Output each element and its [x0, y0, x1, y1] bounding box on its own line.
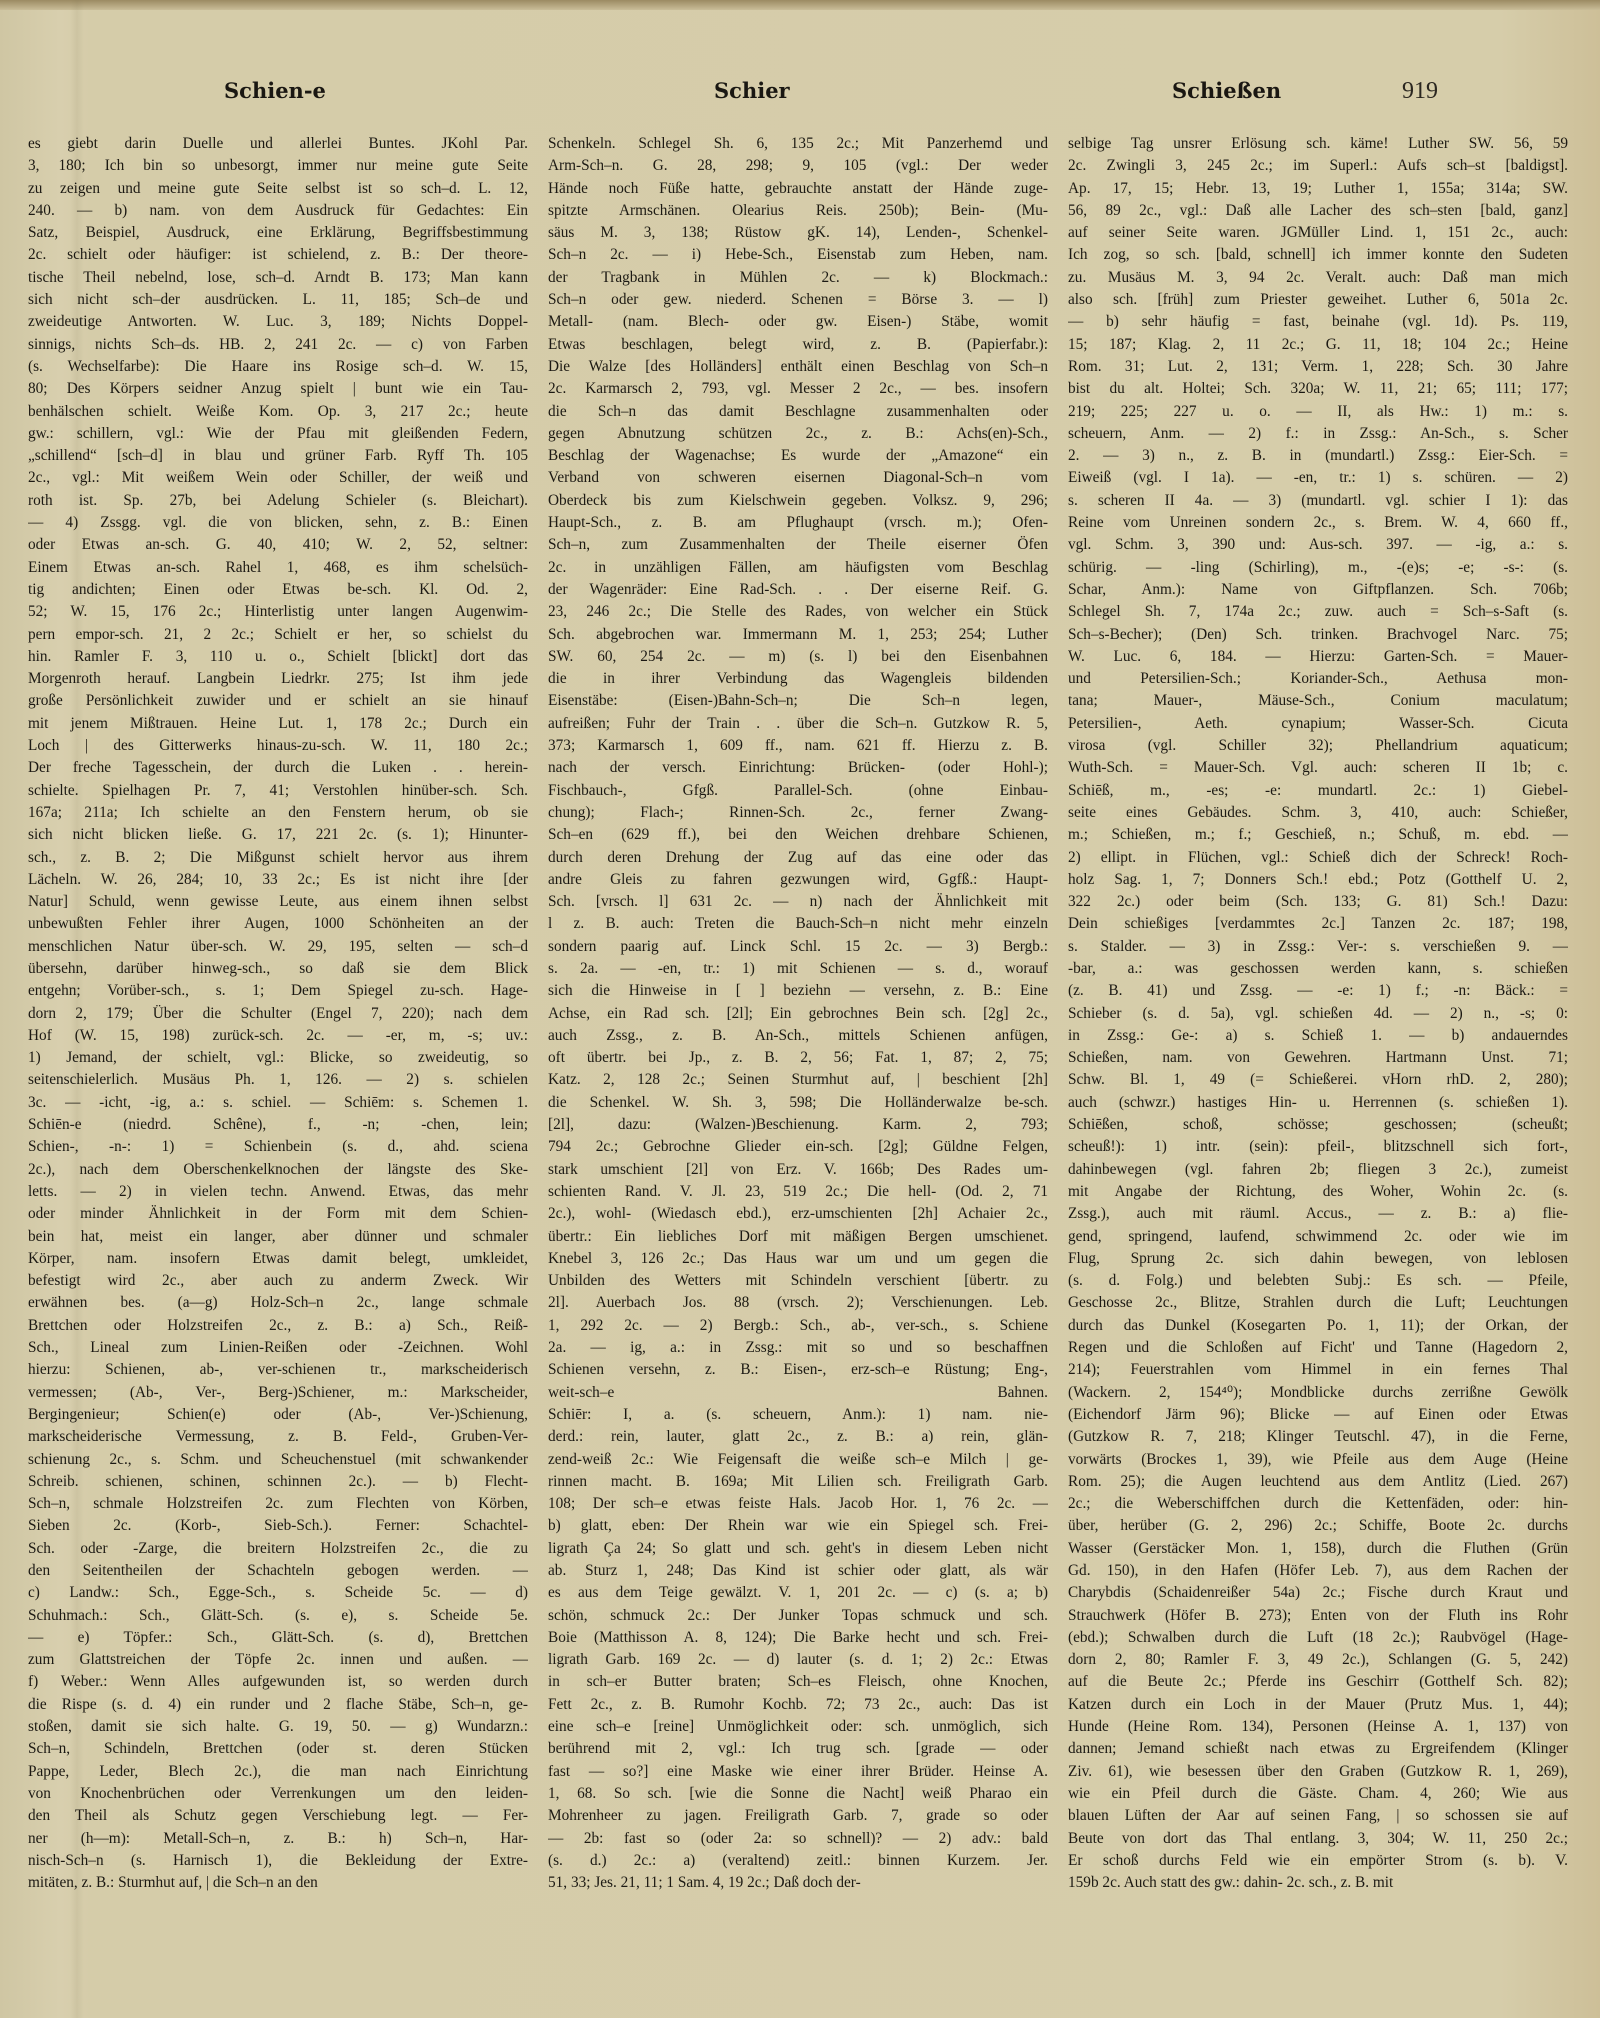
text-line: große Persönlichkeit zuwider und er schi… — [28, 690, 528, 712]
text-line: (s. d.) 2c.: a) (veraltend) zeitl.: binn… — [548, 1850, 1048, 1872]
text-line: virosa (vgl. Schiller 32); Phellandrium … — [1068, 735, 1568, 757]
text-line: eine sch–e [reine] Unmöglichkeit oder: s… — [548, 1716, 1048, 1738]
text-line: aufreißen; Fuhr der Train . . über die S… — [548, 713, 1048, 735]
text-line: — 4) Zssgg. vgl. die von blicken, sehn, … — [28, 512, 528, 534]
text-line: Schiēßen, schoß, schösse; geschossen; (s… — [1068, 1114, 1568, 1136]
text-line: 2c., vgl.: Mit weißem Wein oder Schiller… — [28, 467, 528, 489]
text-line: sich nicht blicken ließe. G. 17, 221 2c.… — [28, 824, 528, 846]
text-line: letts. — 2) in vielen techn. Anwend. Etw… — [28, 1181, 528, 1203]
page-number: 919 — [1402, 78, 1438, 105]
text-line: Schar, Anm.): Name von Giftpflanzen. Sch… — [1068, 579, 1568, 601]
text-line: Morgenroth herauf. Langbein Liedrkr. 275… — [28, 668, 528, 690]
text-line: ner (h—m): Metall-Sch–n, z. B.: h) Sch–n… — [28, 1828, 528, 1850]
text-line: Brettchen oder Holzstreifen 2c., z. B.: … — [28, 1315, 528, 1337]
text-line: Loch | des Gitterwerks hinaus-zu-sch. W.… — [28, 735, 528, 757]
text-line: Unbilden des Wetters mit Schindeln versc… — [548, 1270, 1048, 1292]
text-line: Sch. abgebrochen war. Immermann M. 1, 25… — [548, 624, 1048, 646]
text-column-right: selbige Tag unsrer Erlösung sch. käme! L… — [1068, 133, 1568, 1894]
text-line: 2a. — ig, a.: in Zssg.: mit so und so be… — [548, 1337, 1048, 1359]
text-line: 214); Feuerstrahlen vom Himmel in ein fe… — [1068, 1359, 1568, 1381]
text-line: s. scheren II 4a. — 3) (mundartl. vgl. s… — [1068, 490, 1568, 512]
text-line: Geschosse 2c., Blitze, Strahlen durch di… — [1068, 1292, 1568, 1314]
text-line: unbewußten Fehler ihrer Augen, 1000 Schö… — [28, 913, 528, 935]
text-line: [2l], dazu: (Walzen-)Beschienung. Karm. … — [548, 1114, 1048, 1136]
text-line: m.; Schießen, m.; f.; Geschieß, n.; Schu… — [1068, 824, 1568, 846]
text-line: Der freche Tagesschein, der durch die Lu… — [28, 757, 528, 779]
text-line: Sch–n 2c. — i) Hebe-Sch., Eisenstab zum … — [548, 244, 1048, 266]
text-line: Regen und die Schloßen auf Ficht' und Ta… — [1068, 1337, 1568, 1359]
text-line: zu zeigen und meine gute Seite selbst is… — [28, 178, 528, 200]
text-line: Reine vom Unreinen sondern 2c., s. Brem.… — [1068, 512, 1568, 534]
text-line: tana; Mauer-, Mäuse-Sch., Conium maculat… — [1068, 690, 1568, 712]
text-line: — e) Töpfer.: Sch., Glätt-Sch. (s. d), B… — [28, 1627, 528, 1649]
text-line: andre Gleis zu fahren gezwungen wird, Gg… — [548, 869, 1048, 891]
text-line: Körper, nam. insofern Etwas damit belegt… — [28, 1248, 528, 1270]
text-line: 2c. in unzähligen Fällen, am häufigsten … — [548, 557, 1048, 579]
text-line: befestigt wird 2c., aber auch zu anderm … — [28, 1270, 528, 1292]
text-line: Wasser (Gerstäcker Mon. 1, 158), durch d… — [1068, 1538, 1568, 1560]
text-line: die in ihrer Verbindung das Wagengleis b… — [548, 668, 1048, 690]
text-line: Haupt-Sch., z. B. am Pflughaupt (vrsch. … — [548, 512, 1048, 534]
text-line: Schiēn-e (niedrd. Schêne), f., -n; -chen… — [28, 1114, 528, 1136]
text-line: 240. — b) nam. von dem Ausdruck für Geda… — [28, 200, 528, 222]
text-line: hin. Ramler F. 3, 110 u. o., Schielt [bl… — [28, 646, 528, 668]
text-line: Gd. 150), in den Hafen (Höfer Leb. 7), a… — [1068, 1560, 1568, 1582]
text-line: 108; Der sch–e etwas feiste Hals. Jacob … — [548, 1493, 1048, 1515]
text-line: Fischbauch-, Gfgß. Parallel-Sch. (ohne E… — [548, 780, 1048, 802]
text-line: Rom. 25); die Augen leuchtend aus dem An… — [1068, 1471, 1568, 1493]
text-line: 2. — 3) n., z. B. in (mundartl.) Zssg.: … — [1068, 445, 1568, 467]
text-line: Schw. Bl. 1, 49 (= Schießerei. vHorn rhD… — [1068, 1069, 1568, 1091]
text-line: stark umschient [2l] von Erz. V. 166b; D… — [548, 1159, 1048, 1181]
text-line: 3c. — -icht, -ig, a.: s. schiel. — Schiē… — [28, 1092, 528, 1114]
text-line: — 2b: fast so (oder 2a: so schnell)? — 2… — [548, 1828, 1048, 1850]
text-line: Satz, Beispiel, Ausdruck, eine Erklärung… — [28, 222, 528, 244]
running-header: Schien-e Schier Schießen 919 — [0, 78, 1600, 108]
text-line: 2) ellipt. in Flüchen, vgl.: Schieß dich… — [1068, 847, 1568, 869]
text-line: Sch–n oder gew. niederd. Schenen = Börse… — [548, 289, 1048, 311]
text-line: 52; W. 15, 176 2c.; Hinterlistig unter l… — [28, 601, 528, 623]
text-line: scheuß!): 1) intr. (sein): pfeil-, blitz… — [1068, 1136, 1568, 1158]
text-line: derd.: rein, lauter, glatt 2c., z. B.: a… — [548, 1426, 1048, 1448]
text-line: Sch. oder -Zarge, die breitern Holzstrei… — [28, 1538, 528, 1560]
text-line: Sch–n, zum Zusammenhalten der Theile eis… — [548, 534, 1048, 556]
text-line: Er schoß durchs Feld wie ein empörter St… — [1068, 1850, 1568, 1872]
text-line: chung); Flach-; Rinnen-Sch. 2c., ferner … — [548, 802, 1048, 824]
text-line: „schillend“ [sch–d] in blau und grüner F… — [28, 445, 528, 467]
text-line: s. 2a. — -en, tr.: 1) mit Schienen — s. … — [548, 958, 1048, 980]
text-line: blauen Lüften der Aar auf seinen Fang, |… — [1068, 1805, 1568, 1827]
text-line: 794 2c.; Gebrochne Glieder ein-sch. [2g]… — [548, 1136, 1048, 1158]
text-line: 373; Karmarsch 1, 609 ff., nam. 621 ff. … — [548, 735, 1048, 757]
text-line: fast — so?] eine Maske wie einer ihrer B… — [548, 1761, 1048, 1783]
text-line: Schien-, -n-: 1) = Schienbein (s. d., ah… — [28, 1136, 528, 1158]
text-line: Ap. 17, 15; Hebr. 13, 19; Luther 1, 155a… — [1068, 178, 1568, 200]
text-line: rinnen macht. B. 169a; Mit Lilien sch. F… — [548, 1471, 1048, 1493]
text-line: gw.: schillern, vgl.: Wie der Pfau mit g… — [28, 423, 528, 445]
text-line: Etwas beschlagen, belegt wird, z. B. (Pa… — [548, 334, 1048, 356]
text-line: -bar, a.: was geschossen werden kann, s.… — [1068, 958, 1568, 980]
text-line: Ich zog, so sch. [bald, schnell] ich imm… — [1068, 244, 1568, 266]
text-line: vgl. Schm. 3, 390 und: Aus-sch. 397. — -… — [1068, 534, 1568, 556]
text-line: 2l]. Auerbach Jos. 88 (vrsch. 2); Versch… — [548, 1292, 1048, 1314]
text-line: (ebd.); Schwalben durch die Luft (18 2c.… — [1068, 1627, 1568, 1649]
text-line: Oberdeck bis zum Kielschwein gegeben. Vo… — [548, 490, 1048, 512]
text-line: 167a; 211a; Ich schielte an den Fenstern… — [28, 802, 528, 824]
text-line: holz Sag. 1, 7; Donners Sch.! ebd.; Potz… — [1068, 869, 1568, 891]
text-line: W. Luc. 6, 184. — Hierzu: Garten-Sch. = … — [1068, 646, 1568, 668]
left-guideword: Schien-e — [224, 78, 326, 103]
text-line: übersehn, darüber hinweg-sch., so daß si… — [28, 958, 528, 980]
text-line: pern empor-sch. 21, 2 2c.; Schielt er he… — [28, 624, 528, 646]
text-line: zum Glattstreichen der Töpfe 2c. innen u… — [28, 1649, 528, 1671]
text-line: auf seiner Seite waren. JGMüller Lind. 1… — [1068, 222, 1568, 244]
text-line: sich die Hinweise in [ ] beziehn — verse… — [548, 980, 1048, 1002]
text-line: schön, schmuck 2c.: Der Junker Topas sch… — [548, 1605, 1048, 1627]
text-line: scheuern, Anm. — 2) f.: in Zssg.: An-Sch… — [1068, 423, 1568, 445]
text-line: vorwärts (Brockes 1, 39), wie Pfeile aus… — [1068, 1449, 1568, 1471]
text-line: menschlichen Natur über-sch. W. 29, 195,… — [28, 936, 528, 958]
text-line: säus M. 3, 138; Rüstow gK. 14), Lenden-,… — [548, 222, 1048, 244]
text-line: mit jenem Mißtrauen. Heine Lut. 1, 178 2… — [28, 713, 528, 735]
text-line: 3, 180; Ich bin so unbesorgt, immer nur … — [28, 155, 528, 177]
text-line: Petersilien-, Aeth. cynapium; Wasser-Sch… — [1068, 713, 1568, 735]
text-line: schürig. — -ling (Schirling), m., -(e)s;… — [1068, 557, 1568, 579]
text-line: Sch–n, schmale Holzstreifen 2c. zum Flec… — [28, 1493, 528, 1515]
text-line: Schießen, nam. von Gewehren. Hartmann Un… — [1068, 1047, 1568, 1069]
text-line: Fett 2c., z. B. Rumohr Kochb. 72; 73 2c.… — [548, 1694, 1048, 1716]
text-line: es aus dem Teige gewälzt. V. 1, 201 2c. … — [548, 1582, 1048, 1604]
text-line: Schieber (s. d. 5a), vgl. schießen 4d. —… — [1068, 1003, 1568, 1025]
text-line: wie ein Pfeil durch die Gäste. Cham. 4, … — [1068, 1783, 1568, 1805]
text-line: es giebt darin Duelle und allerlei Bunte… — [28, 133, 528, 155]
text-line: Sieben 2c. (Korb-, Sieb-Sch.). Ferner: S… — [28, 1515, 528, 1537]
text-line: Achse, ein Rad sch. [2l]; Ein gebrochnes… — [548, 1003, 1048, 1025]
text-line: c) Landw.: Sch., Egge-Sch., s. Scheide 5… — [28, 1582, 528, 1604]
text-line: sich nicht sch–der ausdrücken. L. 11, 18… — [28, 289, 528, 311]
text-line: 159b 2c. Auch statt des gw.: dahin- 2c. … — [1068, 1872, 1568, 1894]
text-line: der Wagenräder: Eine Rad-Sch. . . Der ei… — [548, 579, 1048, 601]
text-line: dorn 2, 179; Über die Schulter (Engel 7,… — [28, 1003, 528, 1025]
text-line: nach der versch. Einrichtung: Brücken- (… — [548, 757, 1048, 779]
text-line: tig andichten; Einen oder Etwas be-sch. … — [28, 579, 528, 601]
text-line: Metall- (nam. Blech- oder gw. Eisen-) St… — [548, 311, 1048, 333]
text-line: Sch–s-Becher); (Den) Sch. trinken. Brach… — [1068, 624, 1568, 646]
text-line: zend-weiß 2c.: Wie Feigensaft die weiße … — [548, 1449, 1048, 1471]
text-line: oft übertr. bei Jp., z. B. 2, 56; Fat. 1… — [548, 1047, 1048, 1069]
text-line: Katz. 2, 128 2c.; Seinen Sturmhut auf, |… — [548, 1069, 1048, 1091]
text-line: von Knochenbrüchen oder Verrenkungen um … — [28, 1783, 528, 1805]
text-line: durch deren Drehung der Zug auf das eine… — [548, 847, 1048, 869]
text-line: 219; 225; 227 u. o. — II, als Hw.: 1) m.… — [1068, 401, 1568, 423]
text-line: Hof (W. 15, 198) zurück-sch. 2c. — -er, … — [28, 1025, 528, 1047]
text-line: Eisenstäbe: (Eisen-)Bahn-Sch–n; Die Sch–… — [548, 690, 1048, 712]
text-line: Hände noch Füße hatte, gebrauchte anstat… — [548, 178, 1048, 200]
text-line: Einem Etwas an-sch. Rahel 1, 468, es ihm… — [28, 557, 528, 579]
text-line: dorn 2, 80; Ramler F. 3, 49 2c.), Schlan… — [1068, 1649, 1568, 1671]
text-line: Sch., Lineal zum Linien-Reißen oder -Zei… — [28, 1337, 528, 1359]
text-line: schielte. Spielhagen Pr. 7, 41; Verstohl… — [28, 780, 528, 802]
text-line: in Zssg.: Ge-: a) s. Schieß 1. — b) anda… — [1068, 1025, 1568, 1047]
text-line: s. Stalder. — 3) in Zssg.: Ver-: s. vers… — [1068, 936, 1568, 958]
text-line: (Eichendorf Järm 96); Blicke — auf Einen… — [1068, 1404, 1568, 1426]
text-line: sinnigs, nichts Sch–ds. HB. 2, 241 2c. —… — [28, 334, 528, 356]
text-line: SW. 60, 254 2c. — m) (s. l) bei den Eise… — [548, 646, 1048, 668]
text-line: entgehn; Vorüber-sch., s. 1; Dem Spiegel… — [28, 980, 528, 1002]
text-line: den Seitentheilen der Schachteln gebogen… — [28, 1560, 528, 1582]
text-line: — b) sehr häufig = fast, beinahe (vgl. 1… — [1068, 311, 1568, 333]
text-line: Schienen versehn, z. B.: Eisen-, erz-sch… — [548, 1359, 1048, 1381]
text-line: hierzu: Schienen, ab-, ver-schienen tr.,… — [28, 1359, 528, 1381]
text-line: bist du alt. Holtei; Sch. 320a; W. 11, 2… — [1068, 378, 1568, 400]
text-line: spitzte Armschänen. Olearius Reis. 250b)… — [548, 200, 1048, 222]
text-line: (Wackern. 2, 154⁴⁰); Mondblicke durchs z… — [1068, 1382, 1568, 1404]
text-line: 322 2c.) oder beim (Sch. 133; G. 81) Sch… — [1068, 891, 1568, 913]
text-line: sondern paarig auf. Linck Schl. 15 2c. —… — [548, 936, 1048, 958]
text-line: (s. Wechselfarbe): Die Haare ins Rosige … — [28, 356, 528, 378]
text-line: Charybdis (Schaidenreißer 54a) 2c.; Fisc… — [1068, 1582, 1568, 1604]
text-line: Verband von schweren eisernen Diagonal-S… — [548, 467, 1048, 489]
text-line: in sch–er Butter braten; Sch–es Fleisch,… — [548, 1671, 1048, 1693]
text-line: 51, 33; Jes. 21, 11; 1 Sam. 4, 19 2c.; D… — [548, 1872, 1048, 1894]
text-line: Mohrenheer zu jagen. Freiligrath Garb. 7… — [548, 1805, 1048, 1827]
text-line: Schuhmach.: Sch., Glätt-Sch. (s. e), s. … — [28, 1605, 528, 1627]
text-line: sch., z. B. 2; Die Mißgunst schielt herv… — [28, 847, 528, 869]
text-line: erwähnen bes. (a—g) Holz-Sch–n 2c., lang… — [28, 1292, 528, 1314]
text-line: Katzen durch ein Loch in der Mauer (Prut… — [1068, 1694, 1568, 1716]
text-line: bein hat, meist ein langer, aber dünner … — [28, 1226, 528, 1248]
text-line: 2c. schielt oder häufiger: ist schielend… — [28, 244, 528, 266]
text-line: Knebel 3, 126 2c.; Das Haus war um und u… — [548, 1248, 1048, 1270]
text-line: seitenschielerlich. Musäus Ph. 1, 126. —… — [28, 1069, 528, 1091]
text-line: selbige Tag unsrer Erlösung sch. käme! L… — [1068, 133, 1568, 155]
text-line: Pappe, Leder, Blech 2c.), die man nach E… — [28, 1761, 528, 1783]
text-line: benhälschen schielt. Weiße Kom. Op. 3, 2… — [28, 401, 528, 423]
text-line: (Gutzkow R. 7, 218; Klinger Teutschl. 47… — [1068, 1426, 1568, 1448]
text-line: auf die Beute 2c.; Pferde ins Geschirr (… — [1068, 1671, 1568, 1693]
text-line: Sch. [vrsch. l] 631 2c. — n) nach der Äh… — [548, 891, 1048, 913]
text-line: Beschlag der Wagenachse; Es wurde der „A… — [548, 445, 1048, 467]
text-line: die Sch–n das damit Beschlagne zusammenh… — [548, 401, 1048, 423]
text-line: l z. B. auch: Treten die Bauch-Sch–n nic… — [548, 913, 1048, 935]
text-line: Beute von dort das Thal entlang. 3, 304;… — [1068, 1828, 1568, 1850]
text-line: markscheiderische Vermessung, z. B. Feld… — [28, 1426, 528, 1448]
text-line: Die Walze [des Holländers] enthält einen… — [548, 356, 1048, 378]
text-line: berührend mit 2, vgl.: Ich trug sch. [gr… — [548, 1738, 1048, 1760]
text-line: Sch–n, Schindeln, Brettchen (oder st. de… — [28, 1738, 528, 1760]
right-guideword: Schießen — [1172, 78, 1281, 103]
text-line: b) glatt, eben: Der Rhein war wie ein Sp… — [548, 1515, 1048, 1537]
text-line: Strauchwerk (Höfer B. 273); Enten von de… — [1068, 1605, 1568, 1627]
text-line: dannen; Jemand schießt nach etwas zu Erg… — [1068, 1738, 1568, 1760]
text-line: Wuth-Sch. = Mauer-Sch. Vgl. auch: schere… — [1068, 757, 1568, 779]
text-line: die Rispe (s. d. 4) ein runder und 2 fla… — [28, 1694, 528, 1716]
text-line: 23, 246 2c.; Die Stelle des Rades, von w… — [548, 601, 1048, 623]
text-line: schienung 2c., s. Schm. und Scheuchenstu… — [28, 1449, 528, 1471]
text-line: gegen Abnutzung schützen 2c., z. B.: Ach… — [548, 423, 1048, 445]
text-line: und Petersilien-Sch.; Koriander-Sch., Ae… — [1068, 668, 1568, 690]
text-line: Schreib. schienen, schinen, schinnen 2c.… — [28, 1471, 528, 1493]
text-line: nisch-Sch–n (s. Harnisch 1), die Bekleid… — [28, 1850, 528, 1872]
text-line: f) Weber.: Wenn Alles aufgewunden ist, s… — [28, 1671, 528, 1693]
text-line: Hunde (Heine Rom. 134), Personen (Heinse… — [1068, 1716, 1568, 1738]
text-line: Bergingenieur; Schien(e) oder (Ab-, Ver-… — [28, 1404, 528, 1426]
text-line: ligrath Ça 24; So glatt und sch. geht's … — [548, 1538, 1048, 1560]
text-line: 80; Des Körpers seidner Anzug spielt | b… — [28, 378, 528, 400]
text-line: mitäten, z. B.: Sturmhut auf, | die Sch–… — [28, 1872, 528, 1894]
text-line: die Schenkel. W. Sh. 3, 598; Die Holländ… — [548, 1092, 1048, 1114]
text-line: Schenkeln. Schlegel Sh. 6, 135 2c.; Mit … — [548, 133, 1048, 155]
text-line: 56, 89 2c., vgl.: Daß alle Lacher des sc… — [1068, 200, 1568, 222]
text-line: schienten Rand. V. Jl. 23, 519 2c.; Die … — [548, 1181, 1048, 1203]
text-line: roth ist. Sp. 27b, bei Adelung Schieler … — [28, 490, 528, 512]
text-line: Natur] Schuld, wenn gewisse Leute, aus e… — [28, 891, 528, 913]
scanned-page: Schien-e Schier Schießen 919 es giebt da… — [0, 0, 1600, 2018]
text-line: Rom. 31; Lut. 2, 131; Verm. 1, 228; Sch.… — [1068, 356, 1568, 378]
text-line: über, herüber (G. 2, 296) 2c.; Schiffe, … — [1068, 1515, 1568, 1537]
text-line: auch Zssg., z. B. An-Sch., mittels Schie… — [548, 1025, 1048, 1047]
text-column-left: es giebt darin Duelle und allerlei Bunte… — [28, 133, 528, 1894]
text-line: auch (schwzr.) hastiges Hin- u. Herrenne… — [1068, 1092, 1568, 1114]
text-line: mit Angabe der Richtung, des Woher, Wohi… — [1068, 1181, 1568, 1203]
text-line: seite eines Gebäudes. Schm. 3, 410, auch… — [1068, 802, 1568, 824]
text-line: übertr.: Ein liebliches Dorf mit mäßigen… — [548, 1226, 1048, 1248]
text-line: der Tragbank in Mühlen 2c. — k) Blockmac… — [548, 267, 1048, 289]
text-column-middle: Schenkeln. Schlegel Sh. 6, 135 2c.; Mit … — [548, 133, 1048, 1894]
text-line: also sch. [früh] zum Priester geweihet. … — [1068, 289, 1568, 311]
text-line: vermessen; (Ab-, Ver-, Berg-)Schiener, m… — [28, 1382, 528, 1404]
text-line: Flug, Sprung 2c. sich dahin bewegen, von… — [1068, 1248, 1568, 1270]
text-line: (z. B. 41) und Zssg. — -e: 1) f.; -n: Bä… — [1068, 980, 1568, 1002]
text-line: weit-sch–e Bahnen. — [548, 1382, 1048, 1404]
text-line: Schiēß, m., -es; -e: mundartl. 2c.: 1) G… — [1068, 780, 1568, 802]
text-line: zu. Musäus M. 3, 94 2c. Veralt. auch: Da… — [1068, 267, 1568, 289]
page-top-edge — [0, 0, 1600, 10]
text-line: Lächeln. W. 26, 284; 10, 33 2c.; Es ist … — [28, 869, 528, 891]
center-guideword: Schier — [714, 78, 790, 103]
text-line: Eiweiß (vgl. I 1a). — -en, tr.: 1) s. sc… — [1068, 467, 1568, 489]
text-line: 2c.), wohl- (Wiedasch ebd.), erz-umschie… — [548, 1203, 1048, 1225]
text-line: oder minder Ähnlichkeit in der Form mit … — [28, 1203, 528, 1225]
text-line: ab. Sturz 1, 248; Das Kind ist schier od… — [548, 1560, 1048, 1582]
text-line: Dein schießiges [verdammtes 2c.] Tanzen … — [1068, 913, 1568, 935]
text-line: 2c.), nach dem Oberschenkelknochen der l… — [28, 1159, 528, 1181]
text-line: den Theil als Schutz gegen Verschiebung … — [28, 1805, 528, 1827]
text-line: 2c.; die Weberschiffchen durch die Kette… — [1068, 1493, 1568, 1515]
text-line: Sch–en (629 ff.), bei den Weichen drehba… — [548, 824, 1048, 846]
text-line: tische Theil nebelnd, lose, sch–d. Arndt… — [28, 267, 528, 289]
text-line: (s. d. Folg.) und belebten Subj.: Es sch… — [1068, 1270, 1568, 1292]
text-line: stoßen, damit sie sich halte. G. 19, 50.… — [28, 1716, 528, 1738]
text-line: Arm-Sch–n. G. 28, 298; 9, 105 (vgl.: Der… — [548, 155, 1048, 177]
text-line: Boie (Matthisson A. 8, 124); Die Barke h… — [548, 1627, 1048, 1649]
text-line: gend, springend, laufend, schwimmend 2c.… — [1068, 1226, 1568, 1248]
text-line: 15; 187; Klag. 2, 11 2c.; G. 11, 18; 104… — [1068, 334, 1568, 356]
text-line: zweideutige Antworten. W. Luc. 3, 189; N… — [28, 311, 528, 333]
text-line: 2c. Karmarsch 2, 793, vgl. Messer 2 2c.,… — [548, 378, 1048, 400]
text-line: Schiēr: I, a. (s. scheuern, Anm.): 1) na… — [548, 1404, 1048, 1426]
text-line: 1) Jemand, der schielt, vgl.: Blicke, so… — [28, 1047, 528, 1069]
text-line: durch das Dunkel (Kosegarten Po. 1, 11);… — [1068, 1315, 1568, 1337]
text-line: dahinbewegen (vgl. fahren 2b; fliegen 3 … — [1068, 1159, 1568, 1181]
text-line: Zssg.), auch mit räuml. Accus., — z. B.:… — [1068, 1203, 1568, 1225]
text-line: ligrath Garb. 169 2c. — d) lauter (s. d.… — [548, 1649, 1048, 1671]
text-line: 2c. Zwingli 3, 245 2c.; im Superl.: Aufs… — [1068, 155, 1568, 177]
text-line: Ziv. 61), wie besessen über den Graben (… — [1068, 1761, 1568, 1783]
text-line: oder Etwas an-sch. G. 40, 410; W. 2, 52,… — [28, 534, 528, 556]
text-line: Schlegel Sh. 7, 174a 2c.; zuw. auch = Sc… — [1068, 601, 1568, 623]
text-line: 1, 292 2c. — 2) Bergb.: Sch., ab-, ver-s… — [548, 1315, 1048, 1337]
text-line: 1, 68. So sch. [wie die Sonne die Nacht]… — [548, 1783, 1048, 1805]
